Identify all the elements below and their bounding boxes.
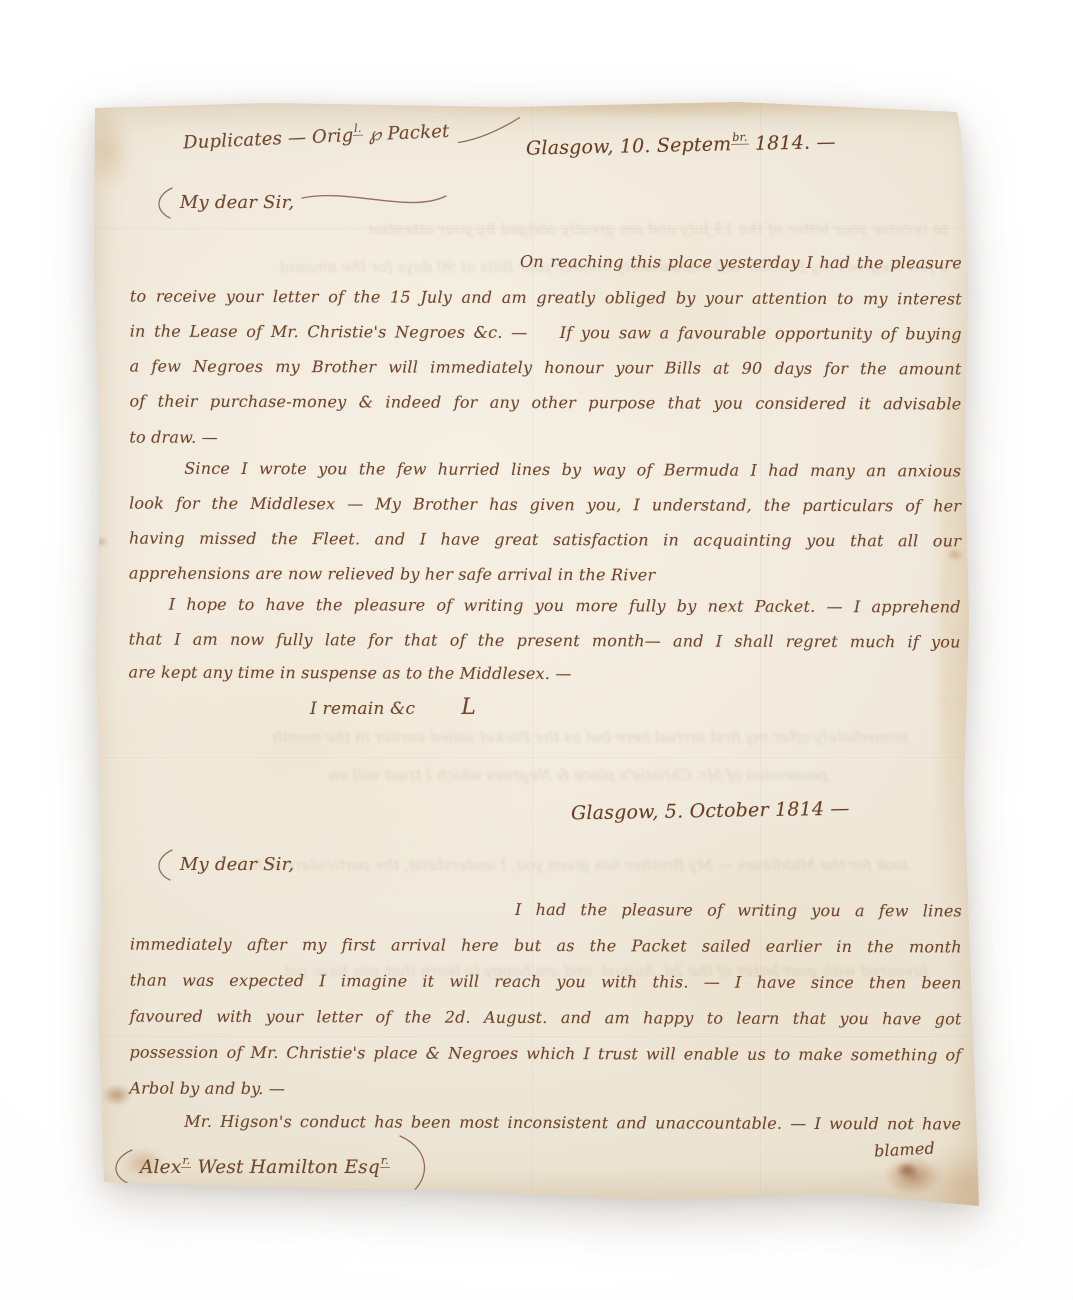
address-recipient: Alexr. West Hamilton Esqr. [108,1134,436,1200]
letter-line: a few Negroes my Brother will immediatel… [130,357,962,379]
letter-line: Arbol by and by. — [129,1079,961,1101]
letter-line: to draw. — [129,428,961,450]
letter-line: of their purchase-money & indeed for any… [129,392,961,414]
letter-line: Mr. Higson's conduct has been most incon… [129,1112,961,1134]
salutation-text: My dear Sir, [180,192,294,213]
docket-text: ℘ Packet [362,121,450,146]
catchword: blamed [874,1138,936,1160]
letter-line: look for the Middlesex — My Brother has … [129,494,961,516]
photo-background: to receive your letter of the 15 July an… [0,0,1073,1300]
dateline-text: Glasgow, 5. October 1814 — [571,798,850,825]
letter-line: to receive your letter of the 15 July an… [130,287,962,309]
dateline-text: 1814. — [748,131,836,155]
letter-line: I had the pleasure of writing you a few … [130,899,962,921]
letter-line: On reaching this place yesterday I had t… [130,251,962,273]
address-part: West Hamilton Esq [191,1157,380,1178]
bleedthrough-text: immediately after my first arrival here … [268,728,908,750]
letter-sheet-shadow: to receive your letter of the 15 July an… [88,100,988,1212]
letter-line: that I am now fully late for that of the… [129,630,961,652]
address-superscript: r. [380,1154,390,1168]
pen-flourish-icon [152,848,174,882]
foxing-stain [884,1156,942,1196]
dateline-letter1: Glasgow, 10. Septembr. 1814. — [526,131,836,160]
bleedthrough-text: look for the Middlesex — My Brother has … [208,856,908,878]
letter-sheet: to receive your letter of the 15 July an… [88,100,988,1212]
bleedthrough-text: possession of Mr. Christie's place & Neg… [328,766,828,788]
salutation-letter2: My dear Sir, [152,848,294,882]
letter-line: in the Lease of Mr. Christie's Negroes &… [130,322,962,344]
corner-toning [924,1144,1004,1222]
foxing-stain [896,1162,918,1178]
letter-line: possession of Mr. Christie's place & Neg… [129,1043,961,1065]
signature-initial: L [461,695,476,720]
letter-line: are kept any time in suspense as to the … [128,663,960,685]
fold-crease-horizontal [88,757,988,760]
address-superscript: r. [181,1154,191,1168]
closing-letter1: I remain &cL [310,695,476,720]
pen-flourish-icon [455,115,526,146]
letter2-body: I had the pleasure of writing you a few … [130,899,962,902]
salutation-text: My dear Sir, [180,854,294,875]
letter-line: apprehensions are now relieved by her sa… [129,564,961,586]
pen-flourish-icon [396,1134,436,1200]
letter-line: I hope to have the pleasure of writing y… [129,595,961,617]
letter-line: favoured with your letter of the 2d. Aug… [130,1007,962,1029]
letter1-body: On reaching this place yesterday I had t… [130,251,962,254]
pen-flourish-icon [152,186,174,220]
docket-note: Duplicates — Origl. ℘ Packet [183,115,526,158]
pen-flourish-icon [108,1147,134,1187]
letter-line: having missed the Fleet. and I have grea… [129,529,961,551]
letter-line: Since I wrote you the few hurried lines … [129,459,961,481]
edge-toning [378,96,938,114]
dateline-superscript: br. [731,131,748,145]
docket-superscript: l. [353,122,363,136]
docket-text: Duplicates — Orig [183,125,354,153]
letter-line: than was expected I imagine it will reac… [130,971,962,993]
closing-text: I remain &c [310,699,415,719]
address-text: Alexr. West Hamilton Esqr. [140,1156,390,1178]
fold-crease-horizontal [88,1036,988,1039]
letter-line: immediately after my first arrival here … [130,935,962,957]
salutation-letter1: My dear Sir, [152,186,450,220]
foxing-stain [102,1084,132,1106]
pen-flourish-icon [300,186,450,220]
address-part: Alex [140,1157,181,1178]
corner-toning [84,110,132,190]
dateline-text: Glasgow, 10. Septem [526,133,732,159]
foxing-stain [94,536,108,547]
dateline-letter2: Glasgow, 5. October 1814 — [571,798,850,825]
bleedthrough-text: to receive your letter of the 15 July an… [368,220,948,242]
